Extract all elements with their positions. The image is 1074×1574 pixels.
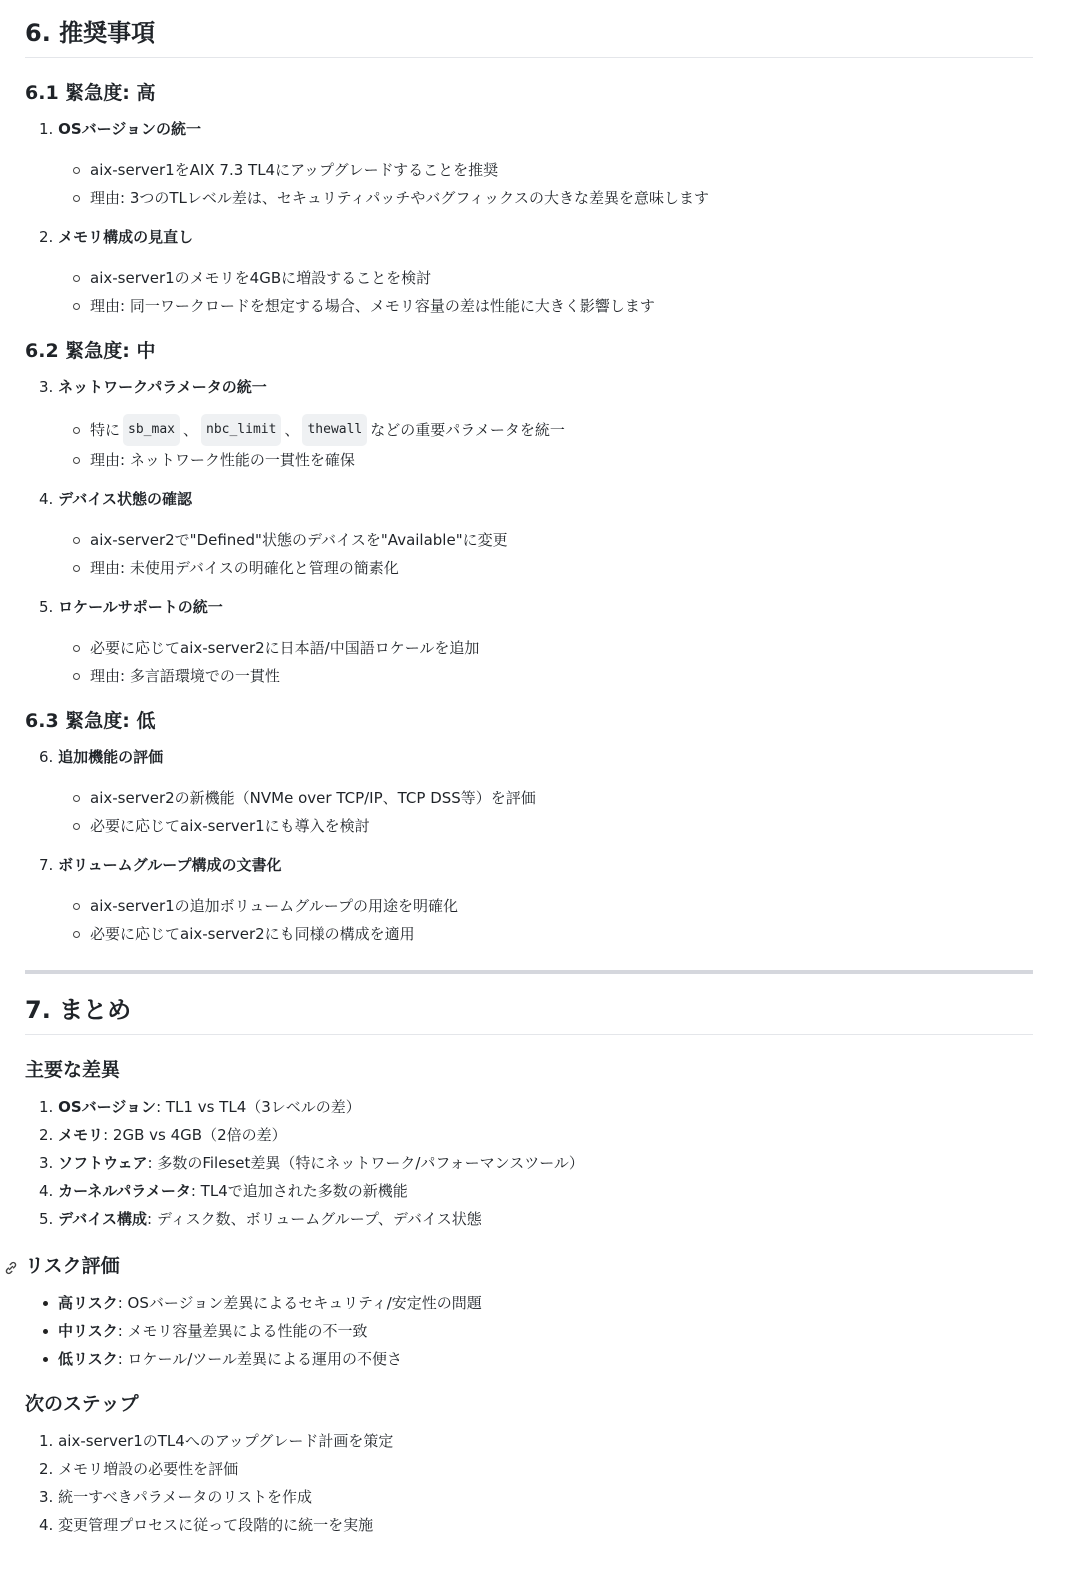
recommendation-item: 7. ボリュームグループ構成の文書化 aix-server1の追加ボリュームグル… [39, 854, 1033, 948]
recommendation-item: 2. メモリ構成の見直し aix-server1のメモリを4GBに増設することを… [39, 226, 1033, 320]
list-item: 1. OSバージョン: TL1 vs TL4（3レベルの差） [39, 1093, 1033, 1121]
list-item: 1. aix-server1のTL4へのアップグレード計画を策定 [39, 1427, 1033, 1455]
code-thewall: thewall [302, 414, 367, 446]
subsection-6-3-heading: 6.3 緊急度: 低 [25, 708, 1033, 734]
list-item: 必要に応じてaix-server2にも同様の構成を適用 [73, 920, 1033, 948]
recommendation-item: 5. ロケールサポートの統一 必要に応じてaix-server2に日本語/中国語… [39, 596, 1033, 690]
recommendation-title: OSバージョンの統一 [58, 120, 201, 138]
list-item: 5. デバイス構成: ディスク数、ボリュームグループ、デバイス状態 [39, 1205, 1033, 1233]
risk-assessment-heading: リスク評価 [25, 1253, 1033, 1279]
circle-bullet-icon [73, 645, 80, 652]
section-6-heading: 6. 推奨事項 [25, 0, 1033, 58]
circle-bullet-icon [73, 903, 80, 910]
recommendation-list-medium: 3. ネットワークパラメータの統一 特にsb_max、nbc_limit、the… [25, 376, 1033, 690]
recommendation-title: デバイス状態の確認 [58, 490, 192, 508]
list-item: 特にsb_max、nbc_limit、thewallなどの重要パラメータを統一 [73, 414, 1033, 446]
recommendation-item: 1. OSバージョンの統一 aix-server1をAIX 7.3 TL4にアッ… [39, 118, 1033, 212]
bullet-icon [43, 1329, 48, 1334]
circle-bullet-icon [73, 823, 80, 830]
list-item: aix-server1の追加ボリュームグループの用途を明確化 [73, 892, 1033, 920]
list-item: 4. カーネルパラメータ: TL4で追加された多数の新機能 [39, 1177, 1033, 1205]
list-item: aix-server2で"Defined"状態のデバイスを"Available"… [73, 526, 1033, 554]
recommendation-item: 6. 追加機能の評価 aix-server2の新機能（NVMe over TCP… [39, 746, 1033, 840]
circle-bullet-icon [73, 427, 80, 434]
recommendation-title: ロケールサポートの統一 [58, 598, 223, 616]
recommendation-title: ボリュームグループ構成の文書化 [58, 856, 281, 874]
subsection-6-1-heading: 6.1 緊急度: 高 [25, 80, 1033, 106]
list-item: aix-server1のメモリを4GBに増設することを検討 [73, 264, 1033, 292]
code-nbc-limit: nbc_limit [201, 414, 281, 446]
list-item: 低リスク: ロケール/ツール差異による運用の不便さ [43, 1345, 1033, 1373]
list-item: aix-server1をAIX 7.3 TL4にアップグレードすることを推奨 [73, 156, 1033, 184]
next-steps-list: 1. aix-server1のTL4へのアップグレード計画を策定 2. メモリ増… [25, 1427, 1033, 1539]
list-item: 理由: ネットワーク性能の一貫性を確保 [73, 446, 1033, 474]
circle-bullet-icon [73, 275, 80, 282]
recommendation-title: 追加機能の評価 [58, 748, 163, 766]
list-item: aix-server2の新機能（NVMe over TCP/IP、TCP DSS… [73, 784, 1033, 812]
circle-bullet-icon [73, 931, 80, 938]
circle-bullet-icon [73, 537, 80, 544]
link-icon[interactable] [3, 1257, 19, 1273]
code-sb-max: sb_max [123, 414, 180, 446]
list-item: 必要に応じてaix-server2に日本語/中国語ロケールを追加 [73, 634, 1033, 662]
circle-bullet-icon [73, 167, 80, 174]
circle-bullet-icon [73, 195, 80, 202]
next-steps-heading: 次のステップ [25, 1391, 1033, 1417]
section-7-heading: 7. まとめ [25, 994, 1033, 1035]
list-item: 高リスク: OSバージョン差異によるセキュリティ/安定性の問題 [43, 1289, 1033, 1317]
list-item: 3. ソフトウェア: 多数のFileset差異（特にネットワーク/パフォーマンス… [39, 1149, 1033, 1177]
list-item: 中リスク: メモリ容量差異による性能の不一致 [43, 1317, 1033, 1345]
section-divider [25, 970, 1033, 974]
list-item: 理由: 多言語環境での一貫性 [73, 662, 1033, 690]
circle-bullet-icon [73, 565, 80, 572]
circle-bullet-icon [73, 673, 80, 680]
list-item: 3. 統一すべきパラメータのリストを作成 [39, 1483, 1033, 1511]
recommendation-title: メモリ構成の見直し [58, 228, 193, 246]
recommendation-item: 4. デバイス状態の確認 aix-server2で"Defined"状態のデバイ… [39, 488, 1033, 582]
circle-bullet-icon [73, 303, 80, 310]
recommendation-item: 3. ネットワークパラメータの統一 特にsb_max、nbc_limit、the… [39, 376, 1033, 474]
circle-bullet-icon [73, 795, 80, 802]
recommendation-list-low: 6. 追加機能の評価 aix-server2の新機能（NVMe over TCP… [25, 746, 1033, 948]
bullet-icon [43, 1301, 48, 1306]
circle-bullet-icon [73, 457, 80, 464]
list-item: 理由: 同一ワークロードを想定する場合、メモリ容量の差は性能に大きく影響します [73, 292, 1033, 320]
list-item: 必要に応じてaix-server1にも導入を検討 [73, 812, 1033, 840]
subsection-6-2-heading: 6.2 緊急度: 中 [25, 338, 1033, 364]
list-item: 2. メモリ: 2GB vs 4GB（2倍の差） [39, 1121, 1033, 1149]
risk-list: 高リスク: OSバージョン差異によるセキュリティ/安定性の問題 中リスク: メモ… [25, 1289, 1033, 1373]
list-item: 4. 変更管理プロセスに従って段階的に統一を実施 [39, 1511, 1033, 1539]
key-differences-list: 1. OSバージョン: TL1 vs TL4（3レベルの差） 2. メモリ: 2… [25, 1093, 1033, 1233]
list-item: 理由: 未使用デバイスの明確化と管理の簡素化 [73, 554, 1033, 582]
list-item: 2. メモリ増設の必要性を評価 [39, 1455, 1033, 1483]
document: 6. 推奨事項 6.1 緊急度: 高 1. OSバージョンの統一 aix-ser… [0, 0, 1033, 1539]
recommendation-title: ネットワークパラメータの統一 [58, 378, 267, 396]
recommendation-list-high: 1. OSバージョンの統一 aix-server1をAIX 7.3 TL4にアッ… [25, 118, 1033, 320]
list-item: 理由: 3つのTLレベル差は、セキュリティパッチやバグフィックスの大きな差異を意… [73, 184, 1033, 212]
key-differences-heading: 主要な差異 [25, 1057, 1033, 1083]
bullet-icon [43, 1357, 48, 1362]
